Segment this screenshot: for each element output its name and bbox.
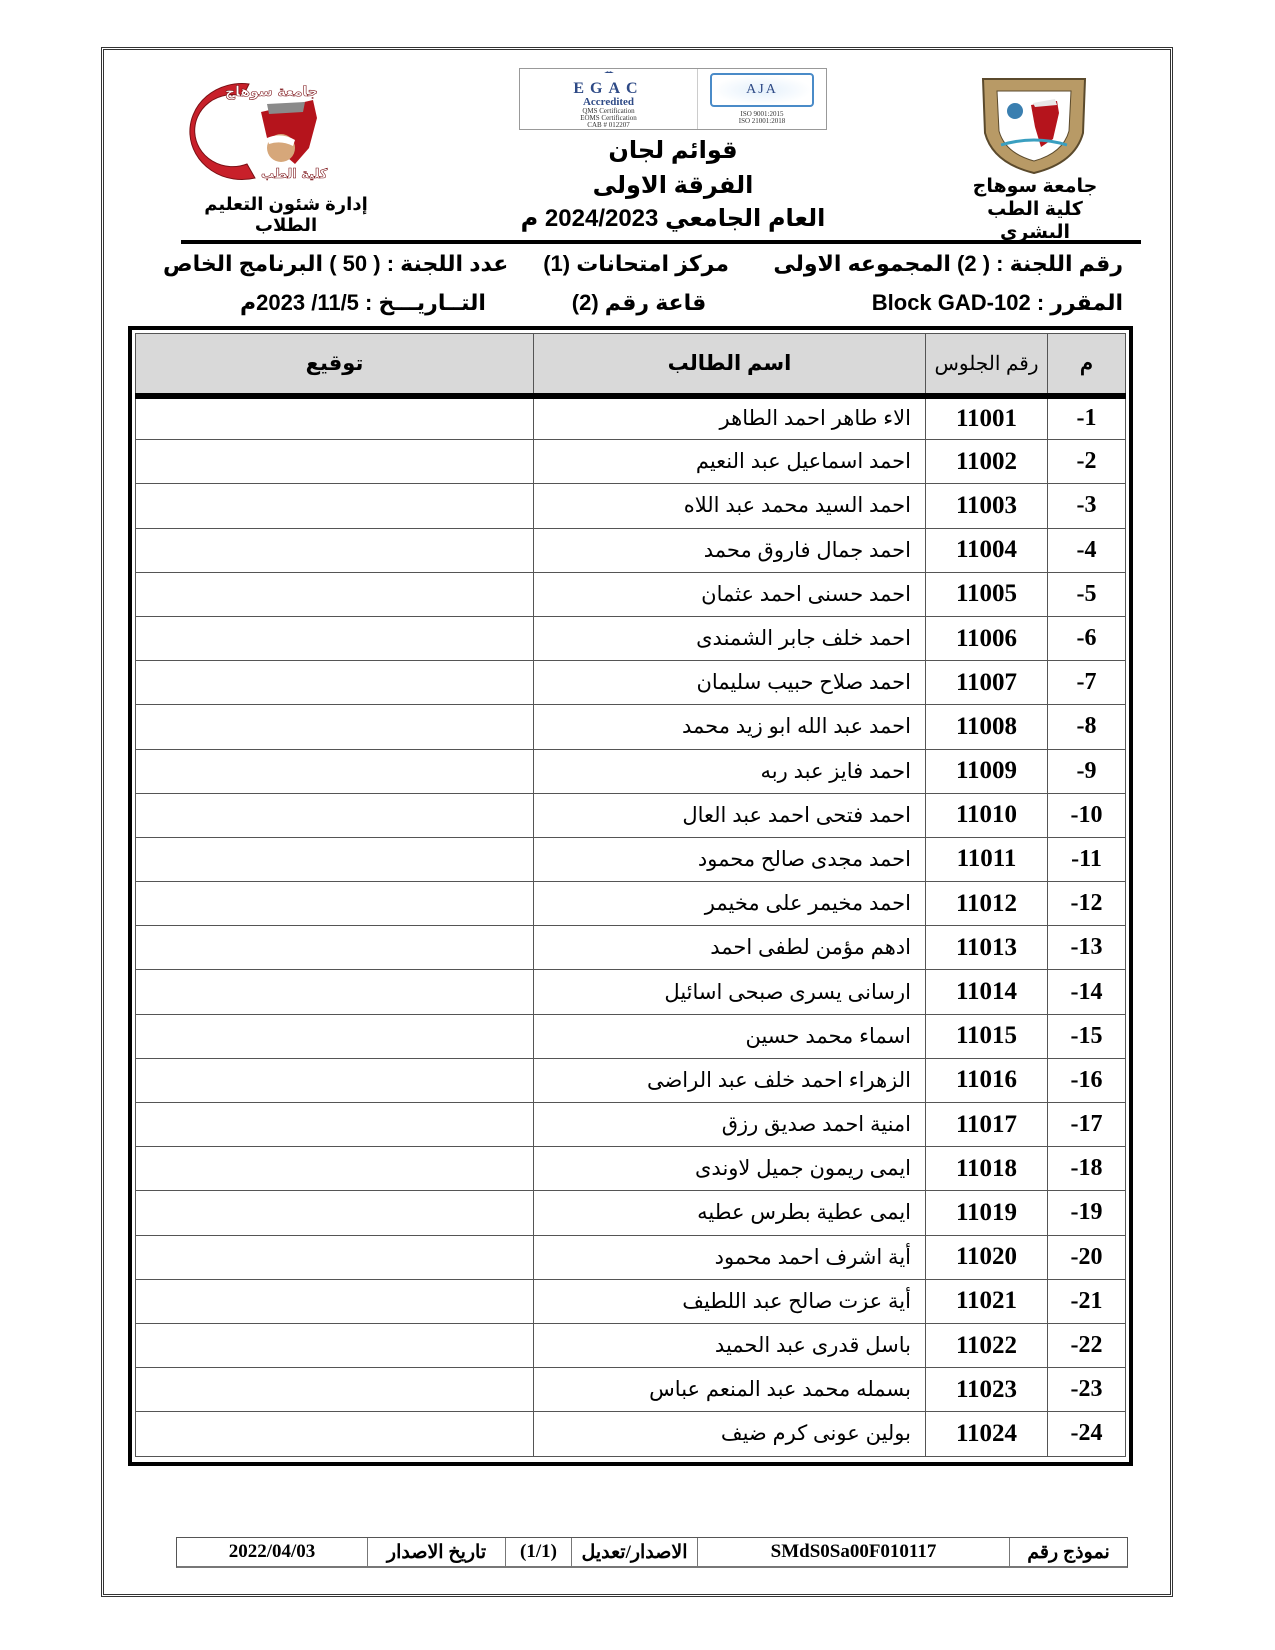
seat-number: 11005 <box>926 572 1048 616</box>
table-row: -1011010احمد فتحى احمد عبد العال <box>136 793 1126 837</box>
row-number: -5 <box>1048 572 1126 616</box>
student-name: احمد مجدى صالح محمود <box>534 837 926 881</box>
student-name: ايمى ريمون جميل لاوندى <box>534 1147 926 1191</box>
table-row: -111001الاء طاهر احمد الطاهر <box>136 396 1126 440</box>
seat-number: 11023 <box>926 1368 1048 1412</box>
aja-globe-icon: AJA <box>710 73 814 107</box>
edition-label: الاصدار/تعديل <box>571 1538 697 1566</box>
signature-field[interactable] <box>136 926 534 970</box>
row-number: -12 <box>1048 882 1126 926</box>
student-name: احمد خلف جابر الشمندى <box>534 616 926 660</box>
seat-number: 11010 <box>926 793 1048 837</box>
course-code: المقرر : Block GAD-102 <box>872 290 1123 316</box>
signature-field[interactable] <box>136 837 534 881</box>
header-signature: توقيع <box>136 334 534 396</box>
row-number: -21 <box>1048 1279 1126 1323</box>
student-name: اسماء محمد حسين <box>534 1014 926 1058</box>
page-title: قوائم لجان الفرقة الاولى <box>520 133 826 203</box>
table-row: -211002احمد اسماعيل عبد النعيم <box>136 440 1126 484</box>
aja-word: AJA <box>746 82 778 98</box>
aja-badge: AJA ISO 9001:2015 ISO 21001:2018 <box>698 69 826 129</box>
table-row: -1911019ايمى عطية بطرس عطيه <box>136 1191 1126 1235</box>
student-name: أية اشرف احمد محمود <box>534 1235 926 1279</box>
signature-field[interactable] <box>136 749 534 793</box>
student-name: باسل قدرى عبد الحميد <box>534 1323 926 1367</box>
signature-field[interactable] <box>136 396 534 440</box>
exam-date: التــاريـــخ : 11/5/ 2023م <box>240 290 486 316</box>
row-number: -3 <box>1048 484 1126 528</box>
row-number: -17 <box>1048 1103 1126 1147</box>
table-row: -1311013ادهم مؤمن لطفى احمد <box>136 926 1126 970</box>
signature-field[interactable] <box>136 1147 534 1191</box>
row-number: -2 <box>1048 440 1126 484</box>
seat-number: 11014 <box>926 970 1048 1014</box>
committee-count: عدد اللجنة : ( 50 ) البرنامج الخاص <box>163 251 508 277</box>
student-name: أية عزت صالح عبد اللطيف <box>534 1279 926 1323</box>
signature-field[interactable] <box>136 572 534 616</box>
seat-number: 11024 <box>926 1412 1048 1456</box>
signature-field[interactable] <box>136 1014 534 1058</box>
table-row: -1211012احمد مخيمر على مخيمر <box>136 882 1126 926</box>
header-student-name: اسم الطالب <box>534 334 926 396</box>
seat-number: 11011 <box>926 837 1048 881</box>
signature-field[interactable] <box>136 1235 534 1279</box>
exam-center: مركز امتحانات (1) <box>549 251 729 277</box>
title-line: الفرقة الاولى <box>520 168 826 203</box>
row-number: -7 <box>1048 661 1126 705</box>
table-row: -2011020أية اشرف احمد محمود <box>136 1235 1126 1279</box>
seat-number: 11003 <box>926 484 1048 528</box>
row-number: -23 <box>1048 1368 1126 1412</box>
signature-field[interactable] <box>136 1058 534 1102</box>
table-row: -2111021أية عزت صالح عبد اللطيف <box>136 1279 1126 1323</box>
seat-number: 11013 <box>926 926 1048 970</box>
egac-badge: EGAC Accredited QMS Certification EOMS C… <box>520 69 698 129</box>
signature-field[interactable] <box>136 882 534 926</box>
student-name: احمد فتحى احمد عبد العال <box>534 793 926 837</box>
table-row: -2411024بولين عونى كرم ضيف <box>136 1412 1126 1456</box>
row-number: -10 <box>1048 793 1126 837</box>
title-line: قوائم لجان <box>520 133 826 168</box>
table-row: -1811018ايمى ريمون جميل لاوندى <box>136 1147 1126 1191</box>
svg-text:كلية الطب: كلية الطب <box>261 167 328 182</box>
row-number: -22 <box>1048 1323 1126 1367</box>
roster-body: -111001الاء طاهر احمد الطاهر-211002احمد … <box>136 396 1126 1457</box>
table-row: -1411014ارسانى يسرى صبحى اسائيل <box>136 970 1126 1014</box>
row-number: -20 <box>1048 1235 1126 1279</box>
hall-number: قاعة رقم (2) <box>549 290 729 316</box>
sohag-university-crest <box>975 73 1093 175</box>
student-name: ارسانى يسرى صبحى اسائيل <box>534 970 926 1014</box>
svg-text:جامعة سوهاج: جامعة سوهاج <box>225 84 318 100</box>
signature-field[interactable] <box>136 1323 534 1367</box>
university-name: جامعة سوهاج <box>955 175 1115 198</box>
table-row: -1111011احمد مجدى صالح محمود <box>136 837 1126 881</box>
seat-number: 11022 <box>926 1323 1048 1367</box>
signature-field[interactable] <box>136 616 534 660</box>
table-row: -811008احمد عبد الله ابو زيد محمد <box>136 705 1126 749</box>
row-number: -24 <box>1048 1412 1126 1456</box>
row-number: -9 <box>1048 749 1126 793</box>
egac-word: EGAC <box>573 81 643 97</box>
seat-number: 11017 <box>926 1103 1048 1147</box>
signature-field[interactable] <box>136 1412 534 1456</box>
table-row: -1711017امنية احمد صديق رزق <box>136 1103 1126 1147</box>
seat-number: 11016 <box>926 1058 1048 1102</box>
certification-badges: EGAC Accredited QMS Certification EOMS C… <box>519 68 827 130</box>
row-number: -1 <box>1048 396 1126 440</box>
seat-number: 11015 <box>926 1014 1048 1058</box>
student-name: احمد اسماعيل عبد النعيم <box>534 440 926 484</box>
table-row: -911009احمد فايز عبد ربه <box>136 749 1126 793</box>
student-name: امنية احمد صديق رزق <box>534 1103 926 1147</box>
student-name: احمد جمال فاروق محمد <box>534 528 926 572</box>
student-name: احمد حسنى احمد عثمان <box>534 572 926 616</box>
student-name: الاء طاهر احمد الطاهر <box>534 396 926 440</box>
faculty-medicine-logo: جامعة سوهاج كلية الطب <box>163 78 345 182</box>
row-number: -8 <box>1048 705 1126 749</box>
row-number: -13 <box>1048 926 1126 970</box>
student-name: احمد مخيمر على مخيمر <box>534 882 926 926</box>
edition-value: (1/1) <box>505 1538 571 1566</box>
seat-number: 11004 <box>926 528 1048 572</box>
student-name: ادهم مؤمن لطفى احمد <box>534 926 926 970</box>
table-row: -411004احمد جمال فاروق محمد <box>136 528 1126 572</box>
signature-field[interactable] <box>136 1191 534 1235</box>
issue-date-label: تاريخ الاصدار <box>367 1538 505 1566</box>
table-row: -711007احمد صلاح حبيب سليمان <box>136 661 1126 705</box>
department-label: إدارة شئون التعليم الطلاب <box>186 194 386 236</box>
aja-line: ISO 21001:2018 <box>739 118 785 125</box>
table-row: -311003احمد السيد محمد عبد اللاه <box>136 484 1126 528</box>
table-row: -2311023بسمله محمد عبد المنعم عباس <box>136 1368 1126 1412</box>
student-name: بسمله محمد عبد المنعم عباس <box>534 1368 926 1412</box>
student-name: بولين عونى كرم ضيف <box>534 1412 926 1456</box>
signature-field[interactable] <box>136 970 534 1014</box>
university-label: جامعة سوهاج كلية الطب البشرى <box>955 175 1115 244</box>
header-num: م <box>1048 334 1126 396</box>
signature-field[interactable] <box>136 661 534 705</box>
seat-number: 11006 <box>926 616 1048 660</box>
signature-field[interactable] <box>136 793 534 837</box>
committee-number: رقم اللجنة : ( 2) المجموعه الاولى <box>773 251 1123 277</box>
student-name: احمد صلاح حبيب سليمان <box>534 661 926 705</box>
table-row: -511005احمد حسنى احمد عثمان <box>136 572 1126 616</box>
table-header-row: م رقم الجلوس اسم الطالب توقيع <box>136 334 1126 396</box>
seat-number: 11009 <box>926 749 1048 793</box>
form-number-label: نموذج رقم <box>1009 1538 1127 1566</box>
seat-number: 11007 <box>926 661 1048 705</box>
form-number-value: SMdS0Sa00F010117 <box>697 1538 1009 1566</box>
signature-field[interactable] <box>136 1279 534 1323</box>
roster-table-container: م رقم الجلوس اسم الطالب توقيع -111001الا… <box>128 326 1133 1466</box>
row-number: -4 <box>1048 528 1126 572</box>
signature-field[interactable] <box>136 440 534 484</box>
student-name: احمد عبد الله ابو زيد محمد <box>534 705 926 749</box>
table-row: -1511015اسماء محمد حسين <box>136 1014 1126 1058</box>
issue-date-value: 2022/04/03 <box>177 1538 367 1566</box>
table-row: -1611016الزهراء احمد خلف عبد الراضى <box>136 1058 1126 1102</box>
header-divider <box>181 240 1141 244</box>
row-number: -15 <box>1048 1014 1126 1058</box>
signature-field[interactable] <box>136 528 534 572</box>
student-name: احمد فايز عبد ربه <box>534 749 926 793</box>
student-name: احمد السيد محمد عبد اللاه <box>534 484 926 528</box>
signature-field[interactable] <box>136 484 534 528</box>
table-row: -611006احمد خلف جابر الشمندى <box>136 616 1126 660</box>
table-row: -2211022باسل قدرى عبد الحميد <box>136 1323 1126 1367</box>
roster-table: م رقم الجلوس اسم الطالب توقيع -111001الا… <box>135 333 1126 1457</box>
seat-number: 11018 <box>926 1147 1048 1191</box>
seat-number: 11002 <box>926 440 1048 484</box>
egac-line: CAB # 012207 <box>587 122 629 129</box>
faculty-name: كلية الطب البشرى <box>955 198 1115 244</box>
seat-number: 11001 <box>926 396 1048 440</box>
student-name: ايمى عطية بطرس عطيه <box>534 1191 926 1235</box>
signature-field[interactable] <box>136 1103 534 1147</box>
signature-field[interactable] <box>136 705 534 749</box>
row-number: -6 <box>1048 616 1126 660</box>
row-number: -19 <box>1048 1191 1126 1235</box>
signature-field[interactable] <box>136 1368 534 1412</box>
student-name: الزهراء احمد خلف عبد الراضى <box>534 1058 926 1102</box>
row-number: -14 <box>1048 970 1126 1014</box>
egac-mountain-icon <box>569 71 649 73</box>
seat-number: 11021 <box>926 1279 1048 1323</box>
seat-number: 11012 <box>926 882 1048 926</box>
row-number: -11 <box>1048 837 1126 881</box>
seat-number: 11020 <box>926 1235 1048 1279</box>
row-number: -18 <box>1048 1147 1126 1191</box>
header-seat-number: رقم الجلوس <box>926 334 1048 396</box>
academic-year: العام الجامعي 2024/2023 م <box>520 204 826 233</box>
form-footer: نموذج رقم SMdS0Sa00F010117 الاصدار/تعديل… <box>176 1537 1128 1568</box>
row-number: -16 <box>1048 1058 1126 1102</box>
seat-number: 11019 <box>926 1191 1048 1235</box>
seat-number: 11008 <box>926 705 1048 749</box>
